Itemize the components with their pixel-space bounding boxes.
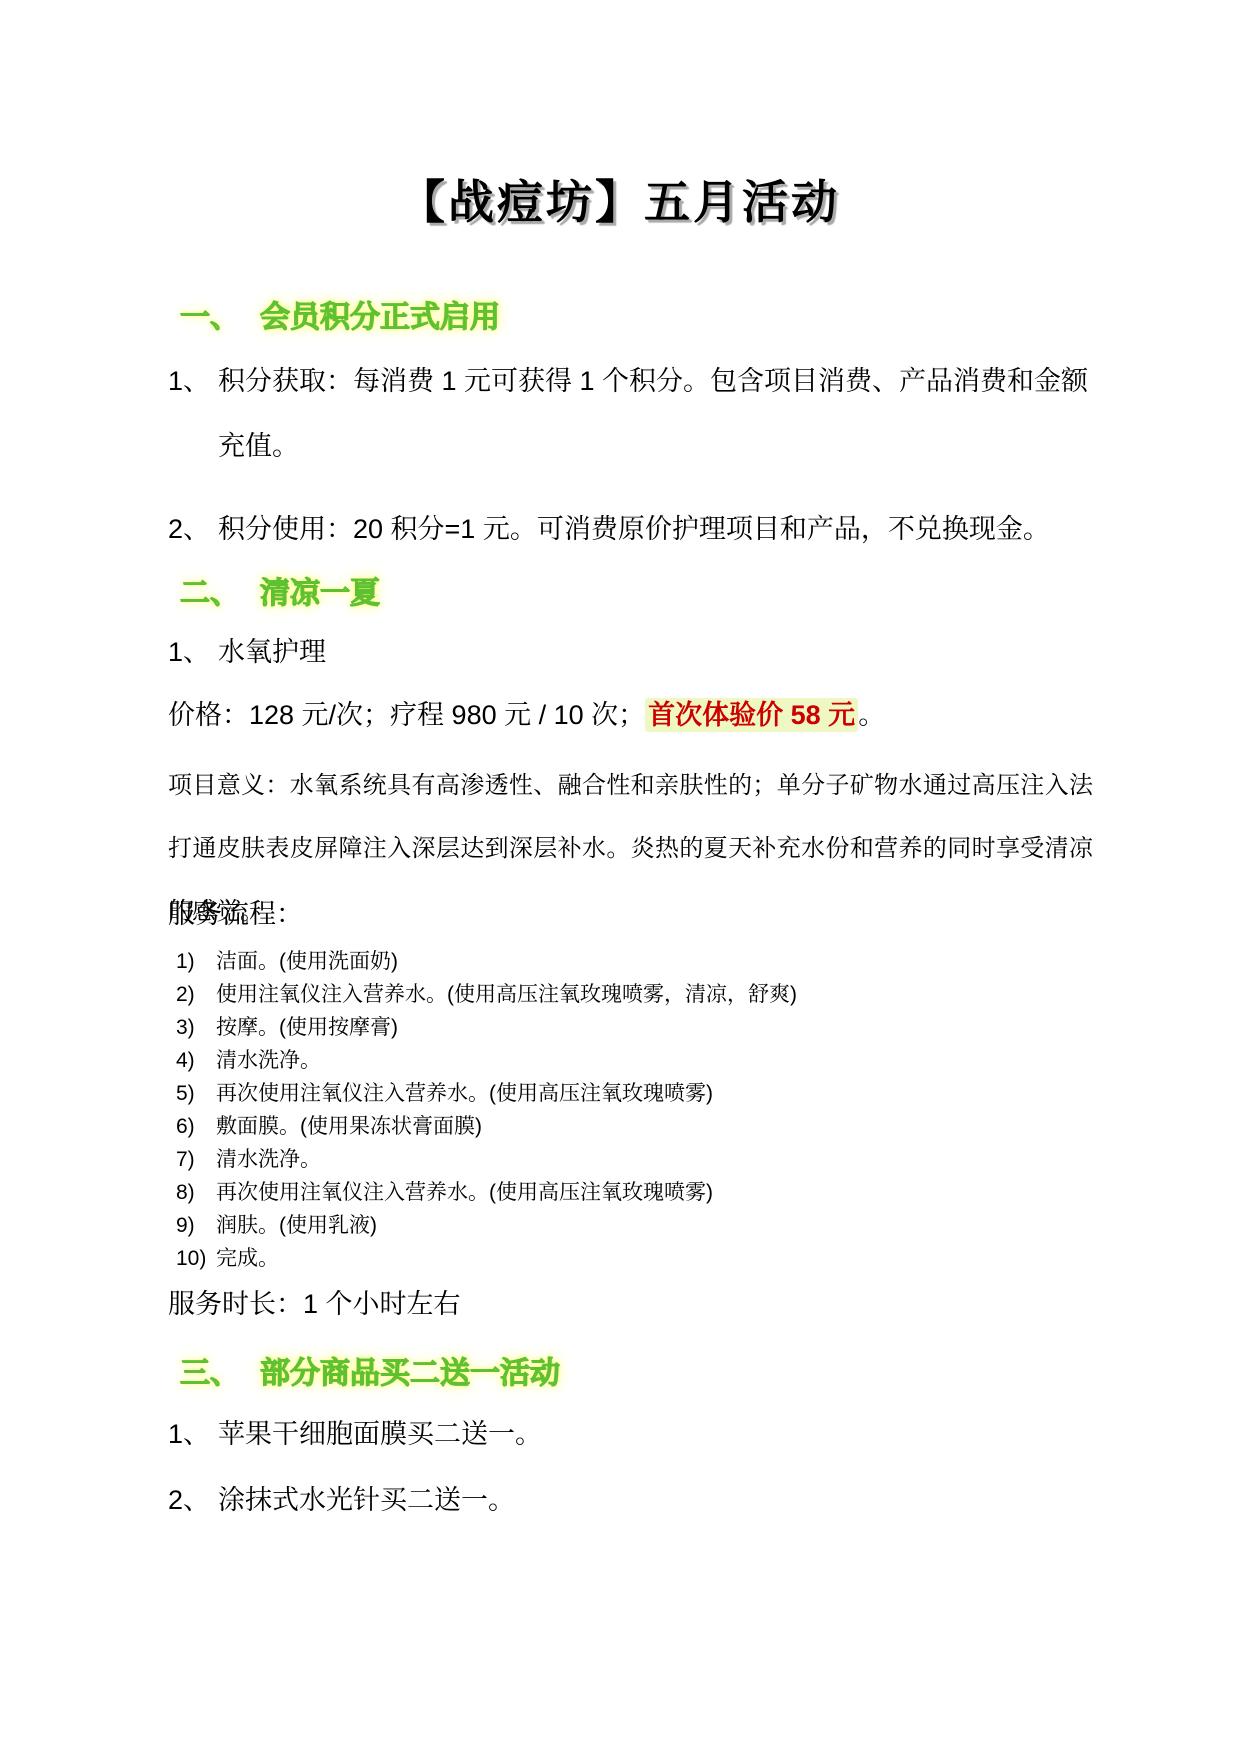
section3-heading: 三、 部分商品买二送一活动: [180, 1348, 1080, 1392]
price-line: 价格：128 元/次；疗程 980 元 / 10 次；首次体验价 58 元。: [168, 683, 1128, 748]
step-number: 1): [176, 945, 216, 978]
section1-item2-number: 2、: [168, 497, 218, 562]
section1-item2: 2、 积分使用：20 积分=1 元。可消费原价护理项目和产品，不兑换现金。: [168, 497, 1090, 562]
section1-heading-text: 会员积分正式启用: [260, 292, 500, 336]
step-row: 3) 按摩。(使用按摩膏): [168, 1011, 1108, 1044]
step-text: 润肤。(使用乳液): [216, 1209, 1108, 1242]
section3-item1-text: 苹果干细胞面膜买二送一。: [218, 1402, 1090, 1467]
section1-item1-number: 1、: [168, 349, 218, 479]
section1-item1-text: 积分获取：每消费 1 元可获得 1 个积分。包含项目消费、产品消费和金额充值。: [218, 349, 1090, 479]
section2-item1: 1、 水氧护理: [168, 620, 1090, 685]
step-row: 7) 清水洗净。: [168, 1143, 1108, 1176]
section2-heading-number: 二、: [180, 568, 260, 612]
process-label: 服务流程：: [168, 882, 1128, 947]
section3-item2-number: 2、: [168, 1468, 218, 1533]
step-number: 5): [176, 1077, 216, 1110]
step-number: 3): [176, 1011, 216, 1044]
section3-item2: 2、 涂抹式水光针买二送一。: [168, 1468, 1090, 1533]
step-row: 2) 使用注氧仪注入营养水。(使用高压注氧玫瑰喷雾，清凉，舒爽): [168, 978, 1108, 1011]
step-text: 完成。: [216, 1242, 1108, 1275]
section2-heading-text: 清凉一夏: [260, 568, 380, 612]
price-prefix: 价格：128 元/次；疗程 980 元 / 10 次；: [168, 700, 645, 730]
section1-heading-number: 一、: [180, 292, 260, 336]
section3-item2-text: 涂抹式水光针买二送一。: [218, 1468, 1090, 1533]
step-row: 9) 润肤。(使用乳液): [168, 1209, 1108, 1242]
step-number: 2): [176, 978, 216, 1011]
step-number: 9): [176, 1209, 216, 1242]
section2-item1-text: 水氧护理: [218, 620, 1090, 685]
section3-heading-text: 部分商品买二送一活动: [260, 1348, 560, 1392]
section3-heading-number: 三、: [180, 1348, 260, 1392]
document-title: 【战痘坊】五月活动: [0, 166, 1239, 232]
step-text: 敷面膜。(使用果冻状膏面膜): [216, 1110, 1108, 1143]
document-page: 【战痘坊】五月活动 一、 会员积分正式启用 1、 积分获取：每消费 1 元可获得…: [0, 0, 1239, 1754]
step-number: 7): [176, 1143, 216, 1176]
section1-heading: 一、 会员积分正式启用: [180, 292, 1080, 336]
price-suffix: 。: [858, 700, 885, 730]
step-text: 清水洗净。: [216, 1143, 1108, 1176]
step-text: 洁面。(使用洗面奶): [216, 945, 1108, 978]
step-text: 使用注氧仪注入营养水。(使用高压注氧玫瑰喷雾，清凉，舒爽): [216, 978, 1108, 1011]
section3-item1-number: 1、: [168, 1402, 218, 1467]
section1-item1: 1、 积分获取：每消费 1 元可获得 1 个积分。包含项目消费、产品消费和金额充…: [168, 349, 1090, 479]
step-number: 10): [176, 1242, 216, 1275]
step-row: 6) 敷面膜。(使用果冻状膏面膜): [168, 1110, 1108, 1143]
step-number: 4): [176, 1044, 216, 1077]
step-row: 5) 再次使用注氧仪注入营养水。(使用高压注氧玫瑰喷雾): [168, 1077, 1108, 1110]
section3-item1: 1、 苹果干细胞面膜买二送一。: [168, 1402, 1090, 1467]
step-row: 4) 清水洗净。: [168, 1044, 1108, 1077]
service-duration: 服务时长：1 个小时左右: [168, 1272, 1128, 1337]
step-text: 再次使用注氧仪注入营养水。(使用高压注氧玫瑰喷雾): [216, 1077, 1108, 1110]
price-highlight: 首次体验价 58 元: [645, 698, 858, 732]
step-row: 1) 洁面。(使用洗面奶): [168, 945, 1108, 978]
step-number: 6): [176, 1110, 216, 1143]
section2-heading: 二、 清凉一夏: [180, 568, 1080, 612]
section2-item1-number: 1、: [168, 620, 218, 685]
step-text: 再次使用注氧仪注入营养水。(使用高压注氧玫瑰喷雾): [216, 1176, 1108, 1209]
service-steps-list: 1) 洁面。(使用洗面奶) 2) 使用注氧仪注入营养水。(使用高压注氧玫瑰喷雾，…: [168, 945, 1108, 1275]
step-row: 8) 再次使用注氧仪注入营养水。(使用高压注氧玫瑰喷雾): [168, 1176, 1108, 1209]
step-text: 清水洗净。: [216, 1044, 1108, 1077]
section1-item2-text: 积分使用：20 积分=1 元。可消费原价护理项目和产品，不兑换现金。: [218, 497, 1090, 562]
step-row: 10) 完成。: [168, 1242, 1108, 1275]
step-number: 8): [176, 1176, 216, 1209]
step-text: 按摩。(使用按摩膏): [216, 1011, 1108, 1044]
